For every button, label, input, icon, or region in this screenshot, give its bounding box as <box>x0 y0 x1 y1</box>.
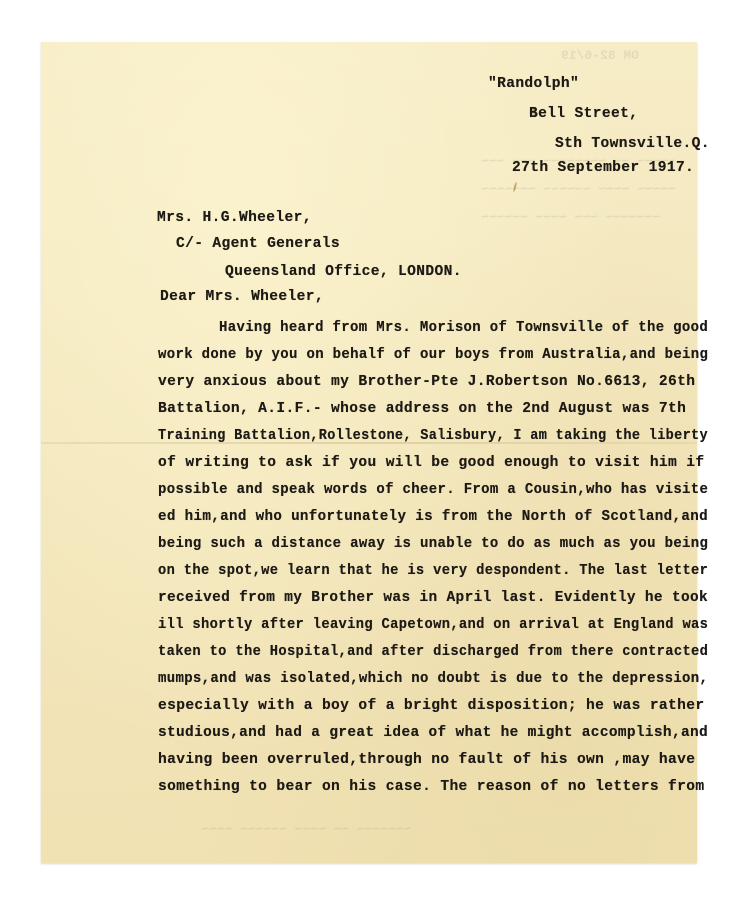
body-line: Training Battalion,Rollestone, Salisbury… <box>158 428 708 444</box>
body-line: ed him,and who unfortunately is from the… <box>158 509 708 525</box>
reverse-text-bleed: ~~~~~ ~~~~ ~~~~~~ ~~~~~~~ <box>481 182 676 197</box>
body-line: studious,and had a great idea of what he… <box>158 725 708 741</box>
reverse-text-bleed: ~~~~~~~ ~~ ~~~~ ~~~~~~ ~~~~ <box>201 822 412 837</box>
body-line: Having heard from Mrs. Morison of Townsv… <box>219 320 708 336</box>
body-line: received from my Brother was in April la… <box>158 590 708 606</box>
recipient-name: Mrs. H.G.Wheeler, <box>157 210 312 226</box>
body-line: something to bear on his case. The reaso… <box>158 779 704 795</box>
body-line: work done by you on behalf of our boys f… <box>158 347 708 363</box>
sender-town: Sth Townsville.Q. <box>555 136 710 152</box>
letter-date: 27th September 1917. <box>512 160 694 176</box>
body-line: Battalion, A.I.F.- whose address on the … <box>158 401 686 417</box>
salutation: Dear Mrs. Wheeler, <box>160 289 324 305</box>
reverse-text-bleed: ~~~~~~~ ~~~ ~~~~ ~~~~~~ <box>481 210 660 225</box>
recipient-care-of: C/- Agent Generals <box>176 236 340 252</box>
body-line: having been overruled,through no fault o… <box>158 752 695 768</box>
body-line: ill shortly after leaving Capetown,and o… <box>158 617 708 633</box>
body-line: of writing to ask if you will be good en… <box>158 455 704 471</box>
body-line: being such a distance away is unable to … <box>158 536 708 552</box>
recipient-office: Queensland Office, LONDON. <box>225 264 462 280</box>
sender-house-name: "Randolph" <box>488 76 579 92</box>
body-line: taken to the Hospital,and after discharg… <box>158 644 708 660</box>
sender-street: Bell Street, <box>529 106 638 122</box>
body-line: especially with a boy of a bright dispos… <box>158 698 704 714</box>
body-line: on the spot,we learn that he is very des… <box>158 563 708 579</box>
reverse-note-bleed: OM 82-6/19 <box>561 48 639 63</box>
body-line: mumps,and was isolated,which no doubt is… <box>158 671 708 687</box>
body-line: very anxious about my Brother-Pte J.Robe… <box>158 374 695 390</box>
body-line: possible and speak words of cheer. From … <box>158 482 708 498</box>
